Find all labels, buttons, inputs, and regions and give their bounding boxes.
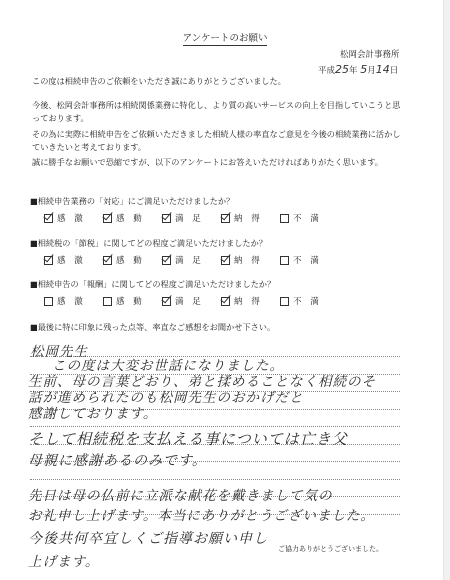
checkbox[interactable]: [103, 214, 112, 223]
page-title: アンケートのお願い: [0, 30, 450, 44]
option-kandou[interactable]: 感 動: [103, 212, 162, 224]
option-kangeki[interactable]: 感 激: [44, 212, 103, 224]
options-tax-saving: 感 激 感 動 満 足 納 得 不 満: [44, 254, 339, 266]
checkbox[interactable]: [221, 256, 230, 265]
question-fee: ■相続申告の「報酬」に関してどの程度ご満足いただけましたか？: [30, 279, 275, 290]
question-response: ■相続申告業務の「対応」にご満足いただけましたか？: [30, 196, 234, 207]
firm-name: 松岡会計事務所: [340, 48, 400, 60]
comment-line: 感謝しております。: [28, 402, 157, 422]
checkbox[interactable]: [103, 297, 112, 306]
checkbox[interactable]: [44, 256, 53, 265]
checkbox[interactable]: [44, 297, 53, 306]
option-kandou[interactable]: 感 動: [103, 295, 162, 307]
comments-prompt: ■最後に特に印象に残った点等、率直なご感想をお聞かせ下さい。: [30, 322, 275, 333]
option-kangeki[interactable]: 感 激: [44, 295, 103, 307]
checkbox[interactable]: [280, 214, 289, 223]
options-fee: 感 激 感 動 満 足 納 得 不 満: [44, 295, 339, 307]
option-nattoku[interactable]: 納 得: [221, 254, 280, 266]
options-response: 感 激 感 動 満 足 納 得 不 満: [44, 212, 339, 224]
option-fuman[interactable]: 不 満: [280, 212, 339, 224]
comment-line: 先日は母の仏前に立派な献花を戴きまして気の: [28, 484, 333, 504]
intro-line: っております。: [32, 111, 422, 126]
comment-line: 上げます。: [28, 550, 99, 570]
intro-line: 誠に勝手なお願いで恐縮ですが、以下のアンケートにお答えいただければありがたく思い…: [32, 155, 422, 170]
comment-line: そして相続税を支払える事については亡き父: [28, 428, 348, 449]
checkbox[interactable]: [280, 297, 289, 306]
checkbox[interactable]: [162, 297, 171, 306]
intro-line: ていきたいと考えております。: [32, 140, 422, 155]
option-fuman[interactable]: 不 満: [280, 295, 339, 307]
checkbox[interactable]: [162, 256, 171, 265]
scan-edge: [443, 0, 450, 580]
option-nattoku[interactable]: 納 得: [221, 212, 280, 224]
option-kandou[interactable]: 感 動: [103, 254, 162, 266]
closing-thanks: ご協力ありがとうございました。: [278, 544, 383, 554]
comment-line: 母親に感謝あるのみです。: [28, 450, 207, 470]
intro-line: この度は相続申告のご依頼をいただき誠にありがとうございました。: [32, 74, 422, 89]
checkbox[interactable]: [221, 214, 230, 223]
checkbox[interactable]: [162, 214, 171, 223]
comment-line: お礼申し上げます。本当にありがとうございました。: [28, 504, 375, 524]
checkbox[interactable]: [44, 214, 53, 223]
checkbox[interactable]: [221, 297, 230, 306]
option-manzoku[interactable]: 満 足: [162, 295, 221, 307]
question-tax-saving: ■相続税の「節税」に関してどの程度ご満足いただけましたか？: [30, 238, 267, 249]
option-manzoku[interactable]: 満 足: [162, 212, 221, 224]
option-kangeki[interactable]: 感 激: [44, 254, 103, 266]
option-manzoku[interactable]: 満 足: [162, 254, 221, 266]
checkbox[interactable]: [103, 256, 112, 265]
option-nattoku[interactable]: 納 得: [221, 295, 280, 307]
comment-line: 今後共何卒宜しくご指導お願い申し: [28, 528, 268, 548]
option-fuman[interactable]: 不 満: [280, 254, 339, 266]
checkbox[interactable]: [280, 256, 289, 265]
